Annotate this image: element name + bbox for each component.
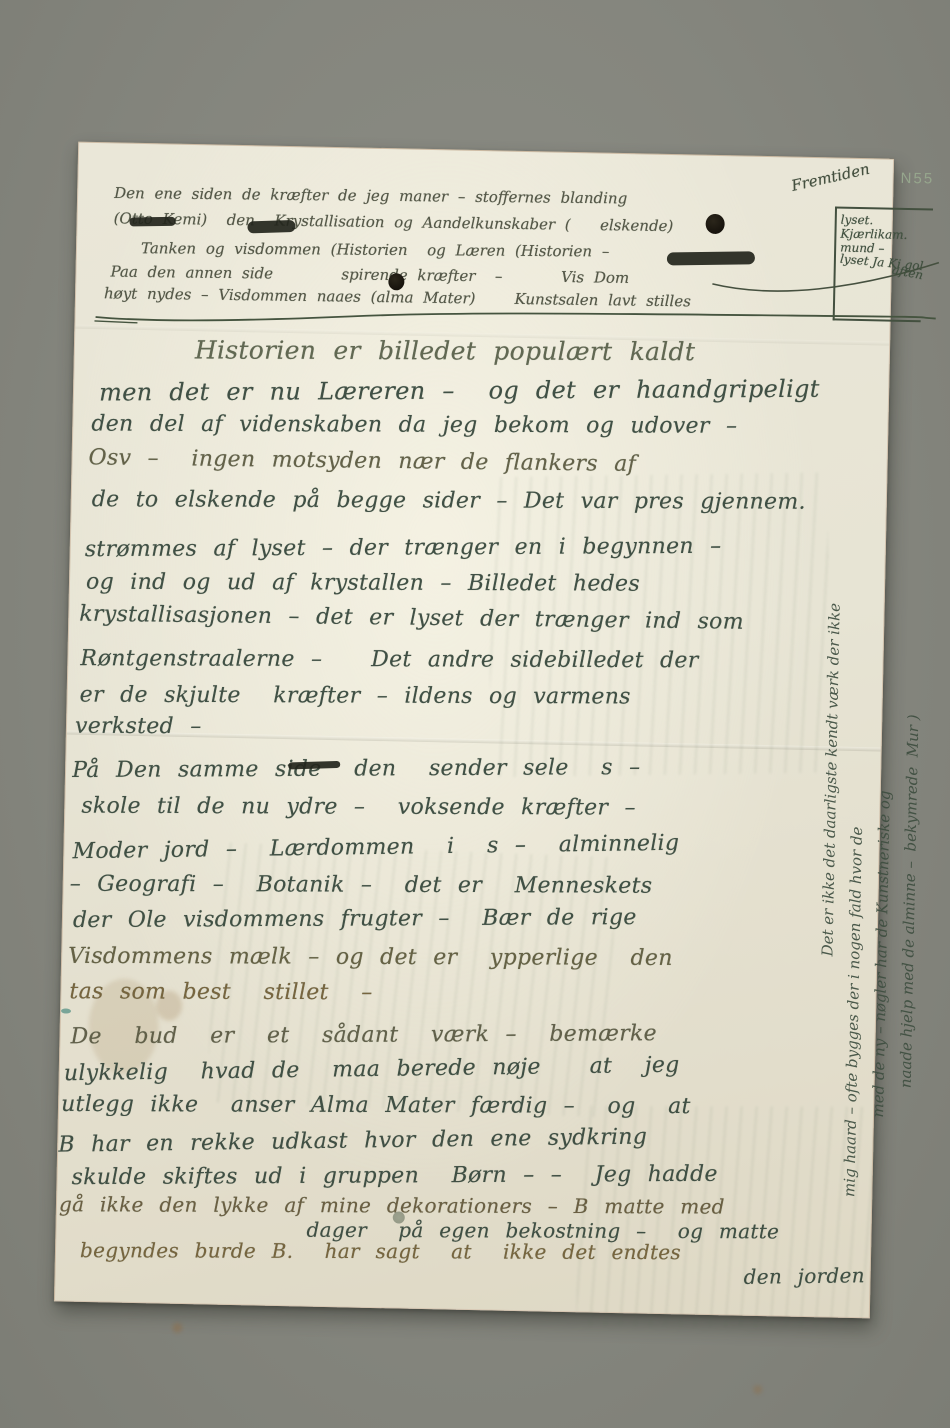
- handwriting-line: er de skjulte kræfter – ildens og varmen…: [80, 683, 631, 710]
- handwriting-line: Røntgenstraalerne – Det andre sidebilled…: [80, 646, 698, 673]
- ink-fleck: [61, 1008, 71, 1013]
- handwriting-line: men det er nu Læreren – og det er haandg…: [99, 375, 820, 407]
- corner-note: Fremtiden: [790, 160, 872, 195]
- handwriting-line: gå ikke den lykke af mine dekorationers …: [59, 1192, 725, 1218]
- handwriting-line: den del af videnskaben da jeg bekom og u…: [91, 412, 737, 439]
- foxing-dot: [172, 1323, 182, 1333]
- handwriting-line: utlegg ikke anser Alma Mater færdig – og…: [61, 1092, 691, 1119]
- header-note-line: Den ene siden de kræfter de jeg maner – …: [114, 184, 627, 207]
- crossout-mark: [130, 217, 176, 227]
- handwriting-line: Visdommens mælk – og det er ypperlige de…: [68, 944, 673, 971]
- crossout-mark: [247, 220, 295, 234]
- handwriting-line: skole til de nu ydre – voksende kræfter …: [81, 794, 636, 821]
- manuscript-page: N55 Fremtiden lyset. Kjærlikam. mund – l…: [54, 142, 894, 1319]
- handwriting-line: tas som best stillet –: [69, 979, 372, 1005]
- header-note-line: (Otto Kemi) den Krystallisation og Aande…: [114, 209, 674, 235]
- handwriting-line: der Ole visdommens frugter – Bær de rige: [73, 905, 637, 933]
- note-box-top-border: [835, 206, 933, 210]
- ink-blot: [705, 214, 724, 234]
- crossout-mark: [667, 251, 755, 265]
- header-note-line: Paa den annen side spirende kræfter – Vi…: [110, 263, 629, 287]
- handwriting-line: Historien er billedet populært kaldt: [195, 335, 695, 366]
- handwriting-line: strømmes af lyset – der trænger en i beg…: [85, 534, 722, 562]
- handwriting-line: den jorden: [743, 1263, 865, 1289]
- scan-background: N55 Fremtiden lyset. Kjærlikam. mund – l…: [0, 0, 950, 1428]
- handwriting-line: De bud er et sådant værk – bemærke: [71, 1021, 658, 1049]
- boxed-note: lyset. Kjærlikam. mund – lyset Ja Ki gol…: [839, 213, 924, 285]
- foxing-dot: [753, 1385, 762, 1394]
- handwriting-line: verksted –: [75, 714, 202, 739]
- handwriting-line: Osv – ingen motsyden nær de flankers af: [88, 445, 636, 477]
- handwriting-line: og ind og ud af krystallen – Billedet he…: [86, 570, 640, 597]
- archive-number: N55: [900, 170, 934, 188]
- handwriting-line: På Den samme side den sender sele s –: [72, 755, 640, 783]
- handwriting-line: – Geografi – Botanik – det er Menneskets: [70, 872, 653, 899]
- handwriting-line: skulde skiftes ud i gruppen Børn – – Jeg…: [72, 1162, 718, 1190]
- margin-note: Det er ikke det daarligste kendt værk de…: [808, 496, 942, 1258]
- header-note-line: Tanken og visdommen (Historien og Læren …: [141, 239, 609, 260]
- handwriting-line: B har en rekke udkast hvor den ene sydkr…: [58, 1124, 647, 1157]
- handwriting-line: begyndes burde B. har sagt at ikke det e…: [80, 1238, 681, 1264]
- handwriting-line: de to elskende på begge sider – Det var …: [92, 487, 806, 514]
